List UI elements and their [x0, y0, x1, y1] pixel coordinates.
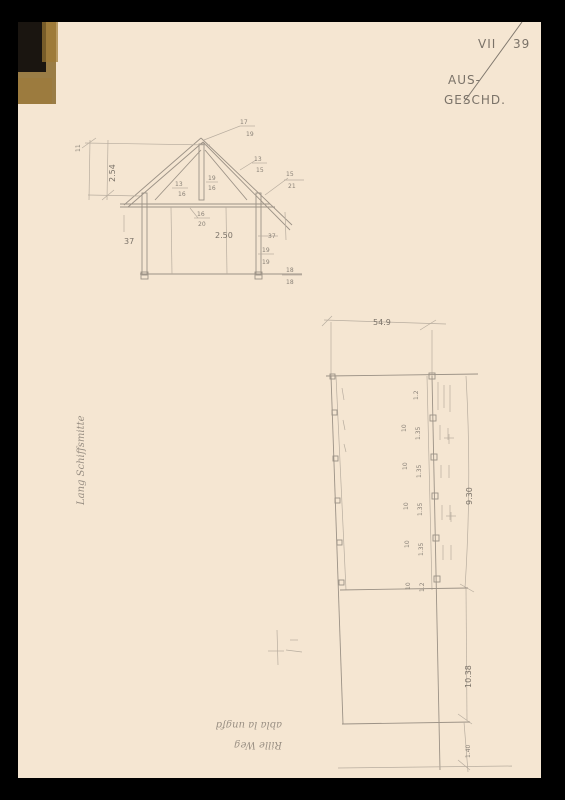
plan-drawing: 54.9 9.30 10.38 1.40: [322, 316, 512, 772]
svg-text:19: 19: [208, 175, 216, 182]
svg-text:10: 10: [402, 462, 409, 470]
svg-text:10: 10: [401, 424, 408, 432]
svg-text:GESCHD.: GESCHD.: [444, 93, 506, 107]
svg-text:19: 19: [262, 247, 270, 254]
svg-text:16: 16: [178, 191, 186, 198]
svg-text:10: 10: [403, 502, 410, 510]
svg-text:1.40: 1.40: [465, 744, 472, 758]
svg-text:54.9: 54.9: [373, 318, 391, 327]
svg-text:20: 20: [198, 221, 206, 228]
svg-text:2.54: 2.54: [108, 164, 117, 182]
archive-mark: VII 39 AUS- GESCHD.: [444, 22, 530, 107]
svg-text:1.2: 1.2: [413, 390, 420, 400]
svg-text:15: 15: [256, 167, 264, 174]
svg-text:16: 16: [197, 211, 205, 218]
svg-text:1.2: 1.2: [419, 582, 426, 592]
svg-text:11: 11: [75, 144, 82, 152]
svg-text:18: 18: [286, 279, 294, 286]
svg-text:9.30: 9.30: [465, 487, 474, 505]
vertical-margin-note: Lang Schiffsmitte: [76, 415, 87, 506]
svg-text:13: 13: [175, 181, 183, 188]
svg-text:1.35: 1.35: [418, 542, 425, 556]
svg-text:39: 39: [513, 37, 530, 51]
section-drawing: 2.54 11 17 19 13 15 15 21 13 16 19 16 16…: [75, 119, 304, 286]
sketch-canvas: VII 39 AUS- GESCHD.: [0, 0, 565, 800]
bottom-margin-note: abla la ungfd Rille Weg: [216, 719, 283, 750]
svg-text:37: 37: [268, 233, 276, 240]
svg-text:1.35: 1.35: [416, 464, 423, 478]
svg-text:16: 16: [208, 185, 216, 192]
svg-text:15: 15: [286, 171, 294, 178]
svg-text:1.35: 1.35: [415, 426, 422, 440]
svg-text:19: 19: [246, 131, 254, 138]
svg-text:VII: VII: [478, 37, 496, 51]
svg-text:10: 10: [405, 582, 412, 590]
svg-text:abla la ungfd: abla la ungfd: [216, 719, 282, 730]
rafter-ticks: [438, 382, 456, 560]
svg-text:10: 10: [404, 540, 411, 548]
svg-text:1.35: 1.35: [417, 502, 424, 516]
svg-text:13: 13: [254, 156, 262, 163]
svg-text:17: 17: [240, 119, 248, 126]
svg-text:AUS-: AUS-: [448, 73, 481, 87]
tape-remnant: [18, 22, 58, 104]
faint-sketch: [268, 630, 302, 665]
svg-text:19: 19: [262, 259, 270, 266]
svg-text:37: 37: [124, 237, 134, 246]
svg-text:2.50: 2.50: [215, 231, 233, 240]
svg-text:Rille Weg: Rille Weg: [234, 739, 283, 750]
svg-text:18: 18: [286, 267, 294, 274]
svg-text:10.38: 10.38: [464, 665, 473, 688]
svg-text:21: 21: [288, 183, 296, 190]
